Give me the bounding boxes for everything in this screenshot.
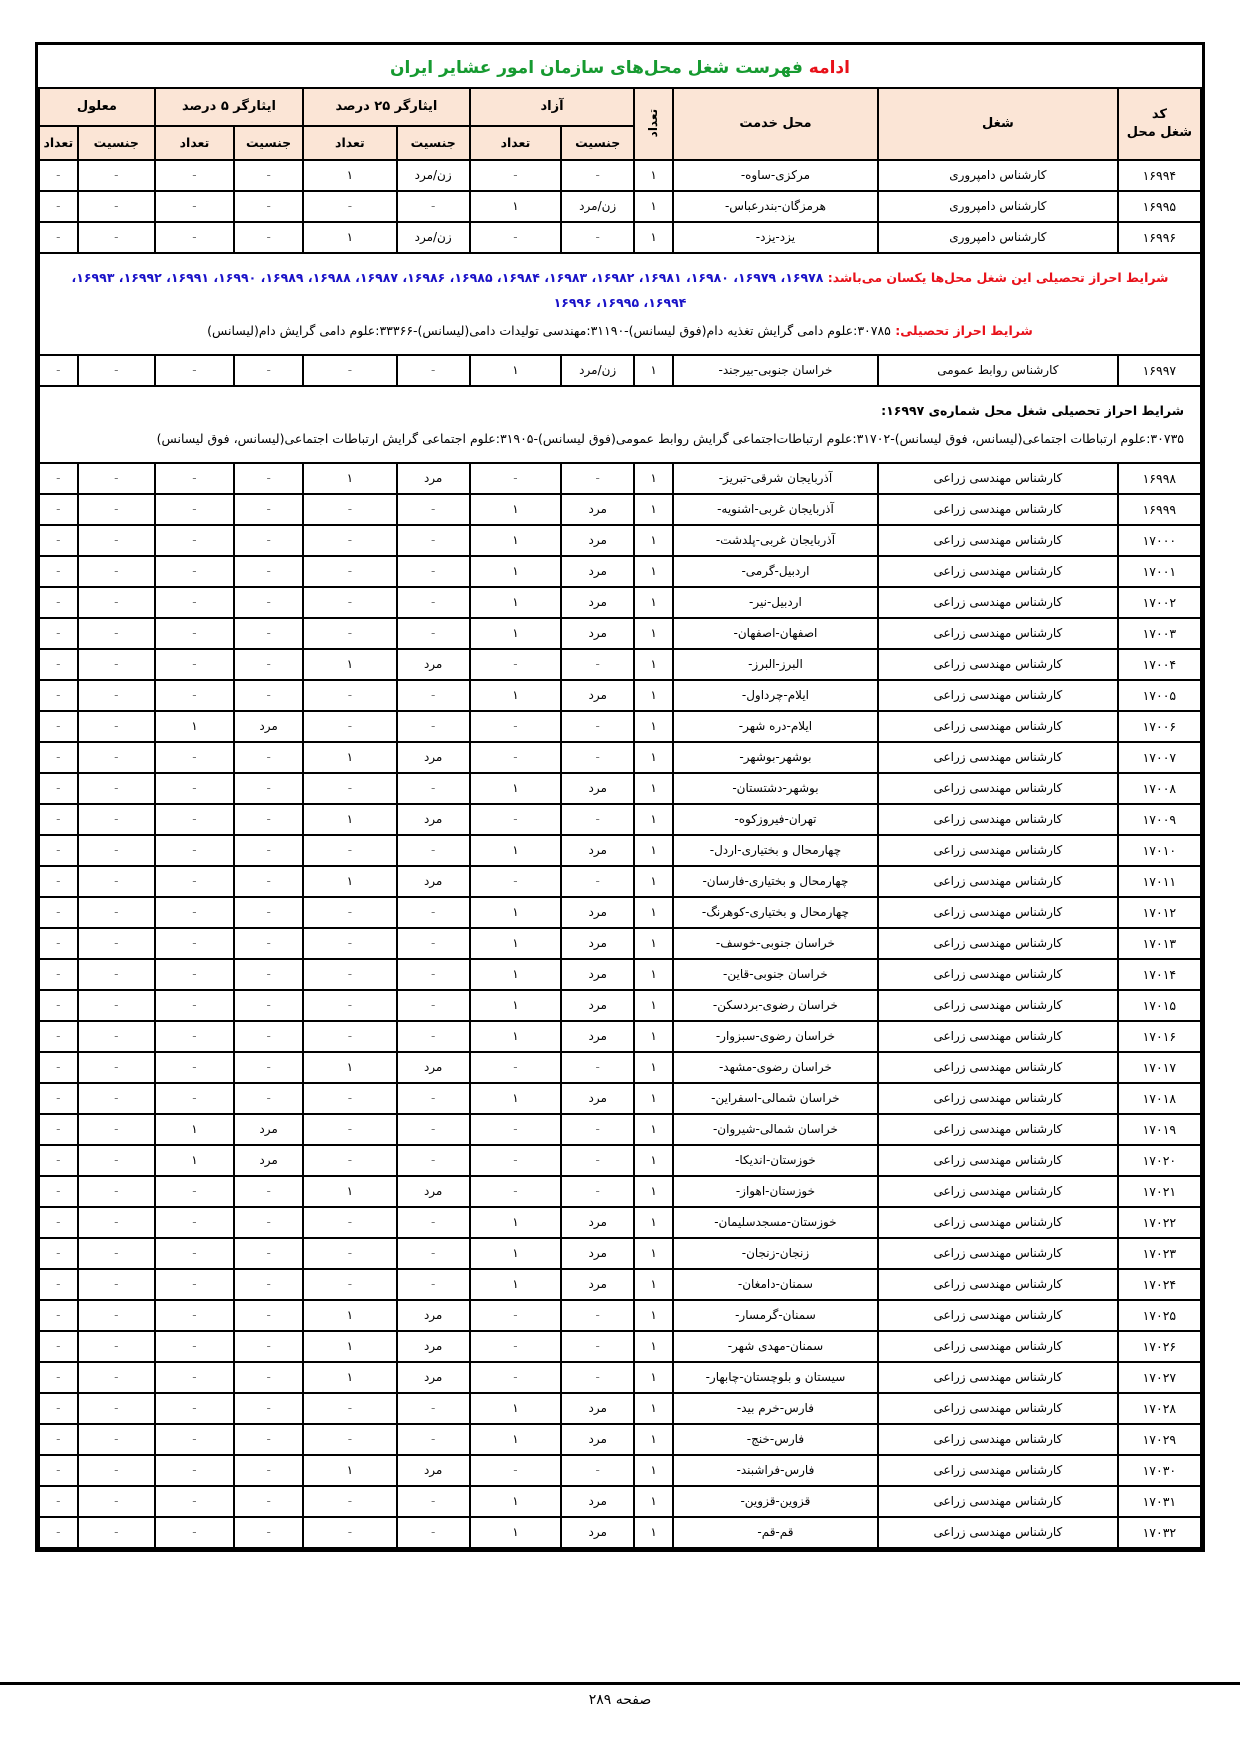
cell-azad-gender: مرد <box>561 1207 634 1238</box>
cell-maloul-count: - <box>39 1176 78 1207</box>
cell-count: ۱ <box>634 773 673 804</box>
cell-location: اردبیل-گرمی- <box>673 556 878 587</box>
cell-isargar25-count: - <box>303 835 396 866</box>
cell-code: ۱۷۰۳۰ <box>1118 1455 1201 1486</box>
cell-maloul-gender: - <box>78 866 155 897</box>
cell-azad-gender: - <box>561 1052 634 1083</box>
cell-maloul-count: - <box>39 1300 78 1331</box>
cell-maloul-count: - <box>39 618 78 649</box>
cell-maloul-count: - <box>39 866 78 897</box>
cell-isargar5-gender: - <box>234 1362 303 1393</box>
cell-isargar5-gender: - <box>234 804 303 835</box>
cell-code: ۱۷۰۱۶ <box>1118 1021 1201 1052</box>
cell-isargar5-count: - <box>155 1517 234 1548</box>
cell-location: خراسان جنوبی-خوسف- <box>673 928 878 959</box>
cell-location: سمنان-دامغان- <box>673 1269 878 1300</box>
cell-job: کارشناس مهندسی زراعی <box>878 1176 1118 1207</box>
header-code: کد شغل محل <box>1118 88 1201 160</box>
job-table-section: ادامه فهرست شغل محل‌های سازمان امور عشای… <box>35 42 1205 1552</box>
cell-count: ۱ <box>634 1269 673 1300</box>
header-isargar25-gender: جنسیت <box>397 126 470 160</box>
cell-maloul-gender: - <box>78 618 155 649</box>
cell-isargar5-count: ۱ <box>155 1114 234 1145</box>
cell-job: کارشناس مهندسی زراعی <box>878 494 1118 525</box>
cell-isargar25-gender: مرد <box>397 1331 470 1362</box>
cell-isargar5-count: - <box>155 494 234 525</box>
cell-code: ۱۶۹۹۵ <box>1118 191 1201 222</box>
cell-isargar5-count: - <box>155 649 234 680</box>
cell-job: کارشناس روابط عمومی <box>878 355 1118 386</box>
cell-isargar25-count: - <box>303 587 396 618</box>
cell-isargar5-gender: - <box>234 1455 303 1486</box>
cell-maloul-count: - <box>39 355 78 386</box>
cell-count: ۱ <box>634 1238 673 1269</box>
cell-location: سمنان-گرمسار- <box>673 1300 878 1331</box>
cell-location: تهران-فیروزکوه- <box>673 804 878 835</box>
cell-location: هرمزگان-بندرعباس- <box>673 191 878 222</box>
cell-azad-gender: - <box>561 1176 634 1207</box>
cell-maloul-gender: - <box>78 1362 155 1393</box>
cell-maloul-count: - <box>39 1331 78 1362</box>
cell-count: ۱ <box>634 1052 673 1083</box>
cell-location: ایلام-چرداول- <box>673 680 878 711</box>
cell-count: ۱ <box>634 556 673 587</box>
cell-azad-gender: - <box>561 742 634 773</box>
cell-azad-count: ۱ <box>470 191 561 222</box>
cell-job: کارشناس مهندسی زراعی <box>878 463 1118 494</box>
cell-code: ۱۷۰۰۲ <box>1118 587 1201 618</box>
cell-maloul-gender: - <box>78 1331 155 1362</box>
cell-isargar25-count: - <box>303 1517 396 1548</box>
header-maloul-gender: جنسیت <box>78 126 155 160</box>
note-segment: ۱۶۹۷۸، ۱۶۹۷۹، ۱۶۹۸۰، ۱۶۹۸۱، ۱۶۹۸۲، ۱۶۹۸۳… <box>72 270 824 310</box>
cell-maloul-gender: - <box>78 1114 155 1145</box>
cell-maloul-count: - <box>39 1114 78 1145</box>
cell-isargar5-gender: - <box>234 1176 303 1207</box>
cell-code: ۱۷۰۱۲ <box>1118 897 1201 928</box>
cell-azad-gender: - <box>561 222 634 253</box>
cell-azad-count: ۱ <box>470 928 561 959</box>
cell-location: اصفهان-اصفهان- <box>673 618 878 649</box>
note-paragraph: شرایط احراز تحصیلی این شغل محل‌ها یکسان … <box>56 265 1184 315</box>
note-segment: شرایط احراز تحصیلی: <box>891 323 1033 338</box>
cell-location: سمنان-مهدی شهر- <box>673 1331 878 1362</box>
cell-isargar5-gender: مرد <box>234 1145 303 1176</box>
education-requirements-note: شرایط احراز تحصیلی این شغل محل‌ها یکسان … <box>39 253 1201 355</box>
table-row: ۱۷۰۱۵کارشناس مهندسی زراعیخراسان رضوی-برد… <box>39 990 1201 1021</box>
cell-count: ۱ <box>634 1021 673 1052</box>
cell-isargar25-gender: مرد <box>397 1052 470 1083</box>
cell-maloul-count: - <box>39 587 78 618</box>
cell-isargar5-count: - <box>155 1052 234 1083</box>
cell-maloul-count: - <box>39 649 78 680</box>
cell-location: قم-قم- <box>673 1517 878 1548</box>
cell-maloul-gender: - <box>78 587 155 618</box>
cell-isargar25-gender: مرد <box>397 1300 470 1331</box>
cell-count: ۱ <box>634 463 673 494</box>
cell-job: کارشناس مهندسی زراعی <box>878 897 1118 928</box>
cell-maloul-gender: - <box>78 649 155 680</box>
cell-isargar5-count: - <box>155 160 234 191</box>
cell-isargar25-count: ۱ <box>303 1176 396 1207</box>
cell-code: ۱۷۰۰۵ <box>1118 680 1201 711</box>
cell-isargar5-gender: - <box>234 866 303 897</box>
cell-count: ۱ <box>634 959 673 990</box>
cell-maloul-gender: - <box>78 1424 155 1455</box>
cell-isargar5-gender: - <box>234 1083 303 1114</box>
cell-code: ۱۷۰۲۵ <box>1118 1300 1201 1331</box>
cell-isargar25-count: - <box>303 1021 396 1052</box>
cell-job: کارشناس مهندسی زراعی <box>878 1331 1118 1362</box>
cell-isargar5-count: - <box>155 556 234 587</box>
cell-maloul-count: - <box>39 556 78 587</box>
cell-isargar5-count: - <box>155 1238 234 1269</box>
cell-location: بوشهر-دشتستان- <box>673 773 878 804</box>
cell-azad-count: - <box>470 463 561 494</box>
header-code-line2: شغل محل <box>1121 124 1198 142</box>
cell-location: مرکزی-ساوه- <box>673 160 878 191</box>
cell-azad-gender: مرد <box>561 897 634 928</box>
cell-maloul-count: - <box>39 1021 78 1052</box>
cell-isargar5-gender: - <box>234 463 303 494</box>
cell-count: ۱ <box>634 587 673 618</box>
cell-isargar25-gender: مرد <box>397 866 470 897</box>
cell-isargar25-gender: - <box>397 191 470 222</box>
cell-job: کارشناس مهندسی زراعی <box>878 773 1118 804</box>
cell-code: ۱۷۰۰۷ <box>1118 742 1201 773</box>
cell-count: ۱ <box>634 866 673 897</box>
table-row: ۱۷۰۱۳کارشناس مهندسی زراعیخراسان جنوبی-خو… <box>39 928 1201 959</box>
education-requirements-note: شرایط احراز تحصیلی شغل محل شماره‌ی ۱۶۹۹۷… <box>39 386 1201 463</box>
cell-maloul-gender: - <box>78 160 155 191</box>
cell-count: ۱ <box>634 835 673 866</box>
cell-isargar25-count: - <box>303 1424 396 1455</box>
header-isargar5-gender: جنسیت <box>234 126 303 160</box>
cell-isargar5-gender: - <box>234 1393 303 1424</box>
table-row: ۱۷۰۱۸کارشناس مهندسی زراعیخراسان شمالی-اس… <box>39 1083 1201 1114</box>
cell-code: ۱۶۹۹۸ <box>1118 463 1201 494</box>
cell-azad-gender: مرد <box>561 618 634 649</box>
table-row: ۱۶۹۹۹کارشناس مهندسی زراعیآذربایجان غربی-… <box>39 494 1201 525</box>
cell-azad-count: ۱ <box>470 773 561 804</box>
cell-azad-count: ۱ <box>470 525 561 556</box>
cell-azad-gender: - <box>561 866 634 897</box>
cell-azad-gender: مرد <box>561 959 634 990</box>
table-row: ۱۷۰۰۰کارشناس مهندسی زراعیآذربایجان غربی-… <box>39 525 1201 556</box>
cell-azad-gender: مرد <box>561 1517 634 1548</box>
cell-isargar5-gender: - <box>234 649 303 680</box>
cell-maloul-gender: - <box>78 1269 155 1300</box>
cell-job: کارشناس مهندسی زراعی <box>878 1455 1118 1486</box>
cell-count: ۱ <box>634 525 673 556</box>
page-title-main: فهرست شغل محل‌های سازمان امور عشایر ایرا… <box>390 58 803 78</box>
cell-location: چهارمحال و بختیاری-کوهرنگ- <box>673 897 878 928</box>
cell-count: ۱ <box>634 742 673 773</box>
cell-isargar25-count: ۱ <box>303 160 396 191</box>
cell-azad-gender: مرد <box>561 1021 634 1052</box>
cell-azad-gender: - <box>561 804 634 835</box>
table-row: ۱۷۰۱۷کارشناس مهندسی زراعیخراسان رضوی-مشه… <box>39 1052 1201 1083</box>
cell-job: کارشناس مهندسی زراعی <box>878 1052 1118 1083</box>
cell-maloul-count: - <box>39 1052 78 1083</box>
cell-job: کارشناس مهندسی زراعی <box>878 1393 1118 1424</box>
table-row: ۱۷۰۰۲کارشناس مهندسی زراعیاردبیل-نیر-۱مرد… <box>39 587 1201 618</box>
cell-isargar25-count: - <box>303 1238 396 1269</box>
table-row: ۱۶۹۹۸کارشناس مهندسی زراعیآذربایجان شرقی-… <box>39 463 1201 494</box>
cell-maloul-count: - <box>39 1362 78 1393</box>
cell-isargar25-gender: - <box>397 1145 470 1176</box>
cell-azad-count: ۱ <box>470 1517 561 1548</box>
cell-location: خراسان شمالی-اسفراین- <box>673 1083 878 1114</box>
table-row: ۱۷۰۱۹کارشناس مهندسی زراعیخراسان شمالی-شی… <box>39 1114 1201 1145</box>
cell-azad-count: ۱ <box>470 587 561 618</box>
cell-code: ۱۷۰۰۶ <box>1118 711 1201 742</box>
cell-isargar5-count: - <box>155 680 234 711</box>
cell-isargar25-count: - <box>303 711 396 742</box>
cell-isargar5-gender: - <box>234 897 303 928</box>
cell-azad-gender: مرد <box>561 1393 634 1424</box>
cell-job: کارشناس دامپروری <box>878 191 1118 222</box>
cell-location: خراسان شمالی-شیروان- <box>673 1114 878 1145</box>
cell-location: فارس-خنج- <box>673 1424 878 1455</box>
cell-code: ۱۷۰۱۹ <box>1118 1114 1201 1145</box>
cell-azad-gender: - <box>561 1300 634 1331</box>
cell-isargar25-gender: - <box>397 897 470 928</box>
cell-maloul-count: - <box>39 990 78 1021</box>
cell-location: خوزستان-اهواز- <box>673 1176 878 1207</box>
cell-location: خراسان رضوی-مشهد- <box>673 1052 878 1083</box>
cell-code: ۱۶۹۹۶ <box>1118 222 1201 253</box>
note-paragraph: ۳۰۷۳۵:علوم ارتباطات اجتماعی(لیسانس، فوق … <box>56 426 1184 451</box>
cell-isargar5-count: - <box>155 587 234 618</box>
cell-maloul-gender: - <box>78 463 155 494</box>
cell-azad-count: ۱ <box>470 1083 561 1114</box>
cell-isargar25-count: - <box>303 773 396 804</box>
cell-azad-gender: مرد <box>561 1269 634 1300</box>
cell-maloul-count: - <box>39 1393 78 1424</box>
cell-job: کارشناس مهندسی زراعی <box>878 866 1118 897</box>
note-paragraph: شرایط احراز تحصیلی: ۳۰۷۸۵:علوم دامی گرای… <box>56 318 1184 343</box>
cell-maloul-count: - <box>39 835 78 866</box>
cell-location: خوزستان-اندیکا- <box>673 1145 878 1176</box>
cell-azad-gender: مرد <box>561 835 634 866</box>
cell-azad-count: - <box>470 1300 561 1331</box>
cell-isargar25-count: - <box>303 680 396 711</box>
cell-isargar5-count: - <box>155 1021 234 1052</box>
cell-azad-gender: مرد <box>561 1083 634 1114</box>
cell-job: کارشناس مهندسی زراعی <box>878 990 1118 1021</box>
table-row: ۱۷۰۲۰کارشناس مهندسی زراعیخوزستان-اندیکا-… <box>39 1145 1201 1176</box>
table-row: ۱۷۰۲۷کارشناس مهندسی زراعیسیستان و بلوچست… <box>39 1362 1201 1393</box>
cell-isargar25-count: ۱ <box>303 1331 396 1362</box>
cell-location: زنجان-زنجان- <box>673 1238 878 1269</box>
cell-isargar25-gender: - <box>397 1207 470 1238</box>
header-group-maloul: معلول <box>39 88 155 126</box>
cell-maloul-count: - <box>39 494 78 525</box>
cell-code: ۱۷۰۰۸ <box>1118 773 1201 804</box>
cell-maloul-gender: - <box>78 525 155 556</box>
cell-maloul-gender: - <box>78 1300 155 1331</box>
cell-isargar25-gender: مرد <box>397 649 470 680</box>
cell-azad-count: - <box>470 1331 561 1362</box>
cell-isargar5-gender: - <box>234 222 303 253</box>
cell-azad-count: - <box>470 1114 561 1145</box>
cell-code: ۱۷۰۰۹ <box>1118 804 1201 835</box>
cell-code: ۱۷۰۰۱ <box>1118 556 1201 587</box>
cell-count: ۱ <box>634 897 673 928</box>
cell-location: چهارمحال و بختیاری-اردل- <box>673 835 878 866</box>
header-count-label: تعداد <box>645 109 661 137</box>
cell-job: کارشناس مهندسی زراعی <box>878 742 1118 773</box>
cell-maloul-gender: - <box>78 1238 155 1269</box>
cell-maloul-count: - <box>39 1486 78 1517</box>
cell-azad-gender: - <box>561 1114 634 1145</box>
cell-location: فارس-فراشبند- <box>673 1455 878 1486</box>
cell-maloul-count: - <box>39 773 78 804</box>
cell-maloul-count: - <box>39 1238 78 1269</box>
cell-isargar25-count: ۱ <box>303 1052 396 1083</box>
cell-code: ۱۷۰۳۱ <box>1118 1486 1201 1517</box>
cell-azad-gender: مرد <box>561 1238 634 1269</box>
cell-location: فارس-خرم بید- <box>673 1393 878 1424</box>
cell-isargar25-gender: - <box>397 1114 470 1145</box>
cell-code: ۱۷۰۳۲ <box>1118 1517 1201 1548</box>
cell-code: ۱۷۰۲۳ <box>1118 1238 1201 1269</box>
cell-code: ۱۷۰۱۷ <box>1118 1052 1201 1083</box>
table-row: ۱۷۰۲۲کارشناس مهندسی زراعیخوزستان-مسجدسلی… <box>39 1207 1201 1238</box>
cell-maloul-gender: - <box>78 680 155 711</box>
cell-isargar25-gender: - <box>397 355 470 386</box>
cell-azad-count: ۱ <box>470 959 561 990</box>
cell-isargar25-count: - <box>303 494 396 525</box>
cell-isargar5-count: - <box>155 866 234 897</box>
cell-isargar25-count: ۱ <box>303 1455 396 1486</box>
cell-isargar5-gender: - <box>234 1517 303 1548</box>
cell-maloul-count: - <box>39 463 78 494</box>
table-row: ۱۷۰۳۱کارشناس مهندسی زراعیقزوین-قزوین-۱مر… <box>39 1486 1201 1517</box>
cell-job: کارشناس مهندسی زراعی <box>878 1238 1118 1269</box>
cell-job: کارشناس مهندسی زراعی <box>878 1269 1118 1300</box>
cell-isargar25-count: - <box>303 990 396 1021</box>
cell-azad-count: - <box>470 1052 561 1083</box>
cell-isargar5-count: - <box>155 1362 234 1393</box>
cell-azad-count: ۱ <box>470 680 561 711</box>
cell-maloul-count: - <box>39 1207 78 1238</box>
cell-isargar5-gender: - <box>234 160 303 191</box>
cell-code: ۱۷۰۲۲ <box>1118 1207 1201 1238</box>
cell-code: ۱۷۰۱۸ <box>1118 1083 1201 1114</box>
cell-count: ۱ <box>634 804 673 835</box>
cell-isargar5-gender: - <box>234 191 303 222</box>
cell-maloul-count: - <box>39 1145 78 1176</box>
table-row: ۱۷۰۲۹کارشناس مهندسی زراعیفارس-خنج-۱مرد۱-… <box>39 1424 1201 1455</box>
cell-isargar25-gender: - <box>397 711 470 742</box>
cell-code: ۱۷۰۲۶ <box>1118 1331 1201 1362</box>
cell-code: ۱۷۰۲۰ <box>1118 1145 1201 1176</box>
cell-isargar5-count: - <box>155 804 234 835</box>
table-row: ۱۷۰۲۸کارشناس مهندسی زراعیفارس-خرم بید-۱م… <box>39 1393 1201 1424</box>
cell-azad-gender: - <box>561 160 634 191</box>
cell-count: ۱ <box>634 1362 673 1393</box>
cell-maloul-gender: - <box>78 1517 155 1548</box>
cell-isargar25-gender: مرد <box>397 463 470 494</box>
cell-isargar5-gender: مرد <box>234 1114 303 1145</box>
cell-job: کارشناس مهندسی زراعی <box>878 1145 1118 1176</box>
cell-location: خوزستان-مسجدسلیمان- <box>673 1207 878 1238</box>
cell-code: ۱۶۹۹۹ <box>1118 494 1201 525</box>
cell-maloul-count: - <box>39 897 78 928</box>
cell-maloul-count: - <box>39 804 78 835</box>
cell-job: کارشناس مهندسی زراعی <box>878 1021 1118 1052</box>
cell-location: سیستان و بلوچستان-چابهار- <box>673 1362 878 1393</box>
table-row: ۱۶۹۹۷کارشناس روابط عمومیخراسان جنوبی-بیر… <box>39 355 1201 386</box>
cell-job: کارشناس مهندسی زراعی <box>878 804 1118 835</box>
cell-isargar25-count: ۱ <box>303 742 396 773</box>
cell-job: کارشناس دامپروری <box>878 160 1118 191</box>
note-row: شرایط احراز تحصیلی این شغل محل‌ها یکسان … <box>39 253 1201 355</box>
cell-job: کارشناس مهندسی زراعی <box>878 649 1118 680</box>
cell-count: ۱ <box>634 191 673 222</box>
cell-isargar5-gender: - <box>234 835 303 866</box>
cell-maloul-count: - <box>39 711 78 742</box>
cell-isargar5-count: - <box>155 1300 234 1331</box>
header-isargar5-count: تعداد <box>155 126 234 160</box>
cell-count: ۱ <box>634 222 673 253</box>
cell-azad-count: - <box>470 866 561 897</box>
cell-isargar5-count: ۱ <box>155 711 234 742</box>
cell-job: کارشناس مهندسی زراعی <box>878 1517 1118 1548</box>
cell-count: ۱ <box>634 1424 673 1455</box>
cell-code: ۱۷۰۱۴ <box>1118 959 1201 990</box>
header-isargar25-count: تعداد <box>303 126 396 160</box>
cell-location: آذربایجان غربی-اشنویه- <box>673 494 878 525</box>
cell-job: کارشناس مهندسی زراعی <box>878 835 1118 866</box>
header-group-isargar-25: ایثارگر ۲۵ درصد <box>303 88 470 126</box>
cell-isargar25-gender: - <box>397 525 470 556</box>
cell-job: کارشناس مهندسی زراعی <box>878 1362 1118 1393</box>
cell-isargar5-gender: - <box>234 1238 303 1269</box>
cell-maloul-count: - <box>39 1517 78 1548</box>
table-row: ۱۷۰۳۰کارشناس مهندسی زراعیفارس-فراشبند-۱-… <box>39 1455 1201 1486</box>
cell-isargar5-gender: - <box>234 1331 303 1362</box>
cell-maloul-gender: - <box>78 1176 155 1207</box>
cell-isargar25-gender: - <box>397 618 470 649</box>
cell-count: ۱ <box>634 494 673 525</box>
cell-isargar5-count: - <box>155 222 234 253</box>
table-row: ۱۷۰۱۱کارشناس مهندسی زراعیچهارمحال و بختی… <box>39 866 1201 897</box>
cell-isargar5-gender: - <box>234 1052 303 1083</box>
cell-job: کارشناس مهندسی زراعی <box>878 556 1118 587</box>
cell-code: ۱۶۹۹۴ <box>1118 160 1201 191</box>
cell-maloul-gender: - <box>78 1486 155 1517</box>
cell-job: کارشناس مهندسی زراعی <box>878 1300 1118 1331</box>
cell-count: ۱ <box>634 1517 673 1548</box>
table-row: ۱۶۹۹۶کارشناس دامپرورییزد-یزد-۱--زن/مرد۱-… <box>39 222 1201 253</box>
cell-isargar5-count: - <box>155 1331 234 1362</box>
cell-isargar25-count: - <box>303 959 396 990</box>
cell-location: خراسان رضوی-سبزوار- <box>673 1021 878 1052</box>
cell-job: کارشناس مهندسی زراعی <box>878 1424 1118 1455</box>
cell-maloul-gender: - <box>78 1021 155 1052</box>
cell-code: ۱۷۰۲۸ <box>1118 1393 1201 1424</box>
cell-job: کارشناس مهندسی زراعی <box>878 618 1118 649</box>
cell-maloul-gender: - <box>78 1083 155 1114</box>
cell-isargar25-count: ۱ <box>303 804 396 835</box>
cell-azad-count: ۱ <box>470 1486 561 1517</box>
header-job: شغل <box>878 88 1118 160</box>
cell-isargar5-count: - <box>155 525 234 556</box>
cell-isargar25-gender: - <box>397 1269 470 1300</box>
